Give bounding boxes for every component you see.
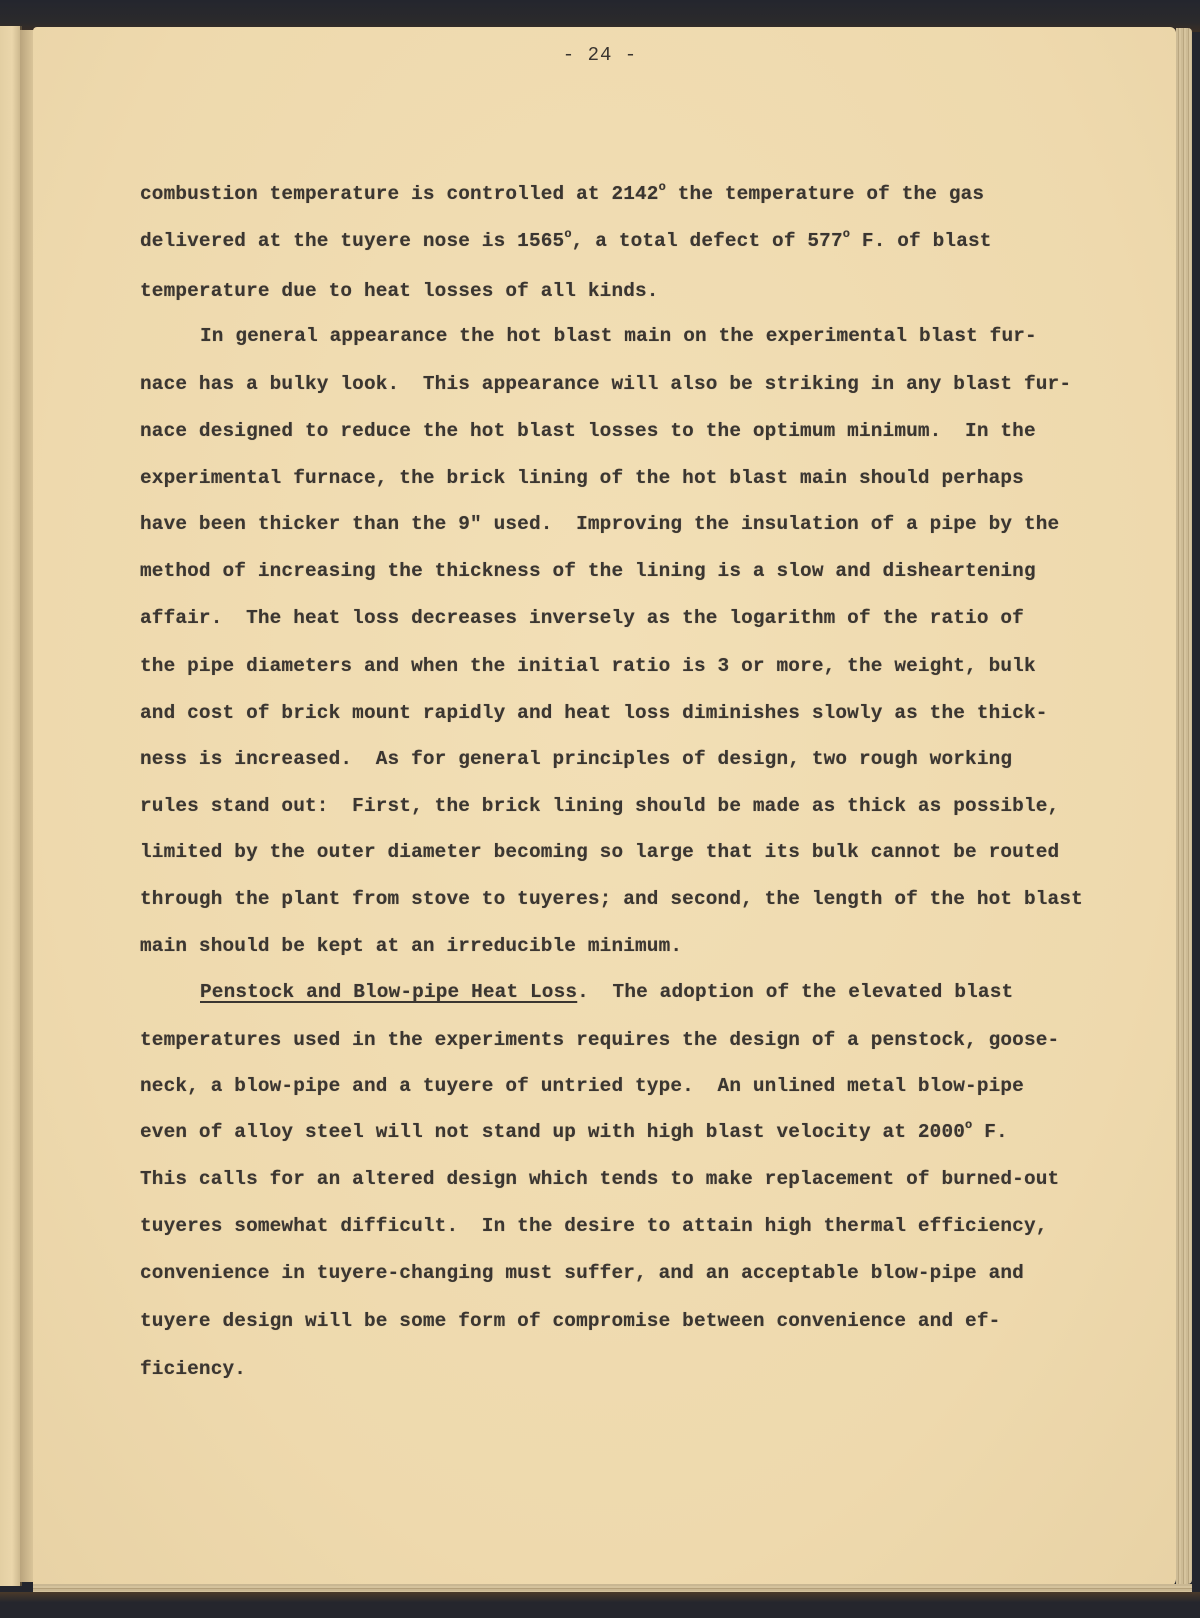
- body-line: limited by the outer diameter becoming s…: [140, 841, 1059, 863]
- body-line: tuyere design will be some form of compr…: [140, 1310, 1000, 1332]
- section-heading: Penstock and Blow-pipe Heat Loss: [200, 981, 577, 1003]
- body-line: rules stand out: First, the brick lining…: [140, 795, 1059, 817]
- body-line: combustion temperature is controlled at …: [140, 183, 984, 205]
- body-line: nace has a bulky look. This appearance w…: [140, 373, 1071, 395]
- body-line: main should be kept at an irreducible mi…: [140, 935, 682, 957]
- body-line: This calls for an altered design which t…: [140, 1168, 1059, 1190]
- body-line: temperatures used in the experiments req…: [140, 1029, 1059, 1051]
- page-stack-edge-right: [1176, 28, 1192, 1584]
- body-line: neck, a blow-pipe and a tuyere of untrie…: [140, 1075, 1024, 1097]
- body-line: tuyeres somewhat difficult. In the desir…: [140, 1215, 1048, 1237]
- facing-page-edge: [0, 26, 22, 1586]
- book-cover-bottom: [0, 1592, 1200, 1618]
- section-heading-line: Penstock and Blow-pipe Heat Loss. The ad…: [200, 981, 1013, 1003]
- body-line: even of alloy steel will not stand up wi…: [140, 1121, 1008, 1143]
- body-line: have been thicker than the 9" used. Impr…: [140, 513, 1059, 535]
- body-line: the pipe diameters and when the initial …: [140, 655, 1036, 677]
- body-line: nace designed to reduce the hot blast lo…: [140, 420, 1036, 442]
- body-line: convenience in tuyere-changing must suff…: [140, 1262, 1024, 1284]
- body-line: and cost of brick mount rapidly and heat…: [140, 702, 1048, 724]
- body-line: through the plant from stove to tuyeres;…: [140, 888, 1083, 910]
- body-line: ficiency.: [140, 1358, 246, 1380]
- page-number: - 24 -: [0, 44, 1200, 66]
- body-line: experimental furnace, the brick lining o…: [140, 467, 1024, 489]
- binding-gutter: [20, 30, 34, 1582]
- body-line: affair. The heat loss decreases inversel…: [140, 607, 1024, 629]
- body-line: delivered at the tuyere nose is 1565o, a…: [140, 230, 992, 252]
- body-line: ness is increased. As for general princi…: [140, 748, 1012, 770]
- paragraph-start-line: In general appearance the hot blast main…: [200, 325, 1037, 347]
- body-line: temperature due to heat losses of all ki…: [140, 280, 659, 302]
- body-line: method of increasing the thickness of th…: [140, 560, 1036, 582]
